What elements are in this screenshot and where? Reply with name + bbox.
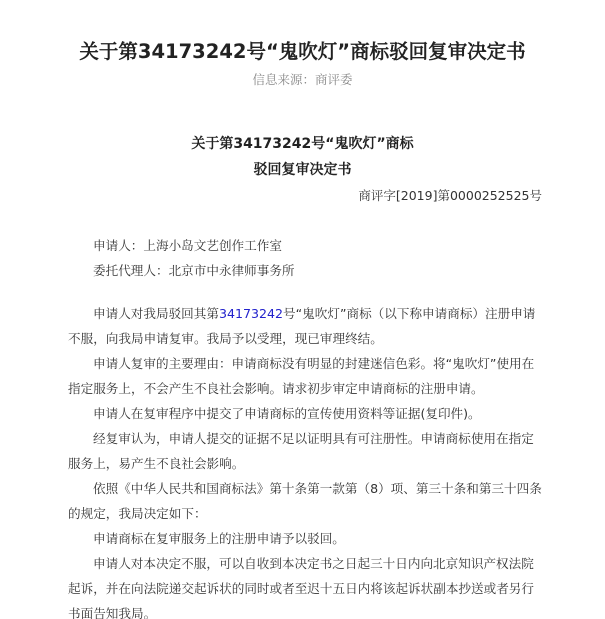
- paragraph-5: 依照《中华人民共和国商标法》第十条第一款第（8）项、第三十条和第三十四条的规定，…: [68, 476, 542, 526]
- document-number: 商评字[2019]第0000252525号: [358, 186, 542, 204]
- paragraph-6: 申请商标在复审服务上的注册申请予以驳回。: [68, 526, 542, 551]
- paragraph-2: 申请人复审的主要理由：申请商标没有明显的封建迷信色彩。将“鬼吹灯”使用在指定服务…: [68, 351, 542, 401]
- document-subtitle-line2: 驳回复审决定书: [0, 159, 605, 179]
- paragraph-3: 申请人在复审程序中提交了申请商标的宣传使用资料等证据(复印件)。: [68, 401, 542, 426]
- paragraph-4: 经复审认为，申请人提交的证据不足以证明具有可注册性。申请商标使用在指定服务上，易…: [68, 426, 542, 476]
- applicant: 申请人：上海小岛文艺创作工作室: [68, 233, 542, 258]
- agent: 委托代理人：北京市中永律师事务所: [68, 258, 542, 283]
- trademark-number-link[interactable]: 34173242: [219, 306, 283, 321]
- paragraph-7: 申请人对本决定不服，可以自收到本决定书之日起三十日内向北京知识产权法院起诉，并在…: [68, 551, 542, 619]
- page-title: 关于第34173242号“鬼吹灯”商标驳回复审决定书: [0, 36, 605, 64]
- source-label: 信息来源：商评委: [0, 70, 605, 88]
- paragraph-1-before: 申请人对我局驳回其第: [93, 306, 219, 321]
- document-subtitle-line1: 关于第34173242号“鬼吹灯”商标: [0, 133, 605, 153]
- paragraph-1: 申请人对我局驳回其第34173242号“鬼吹灯”商标（以下称申请商标）注册申请不…: [68, 301, 542, 351]
- document-body: 申请人：上海小岛文艺创作工作室 委托代理人：北京市中永律师事务所 申请人对我局驳…: [68, 233, 542, 619]
- spacer: [68, 283, 542, 301]
